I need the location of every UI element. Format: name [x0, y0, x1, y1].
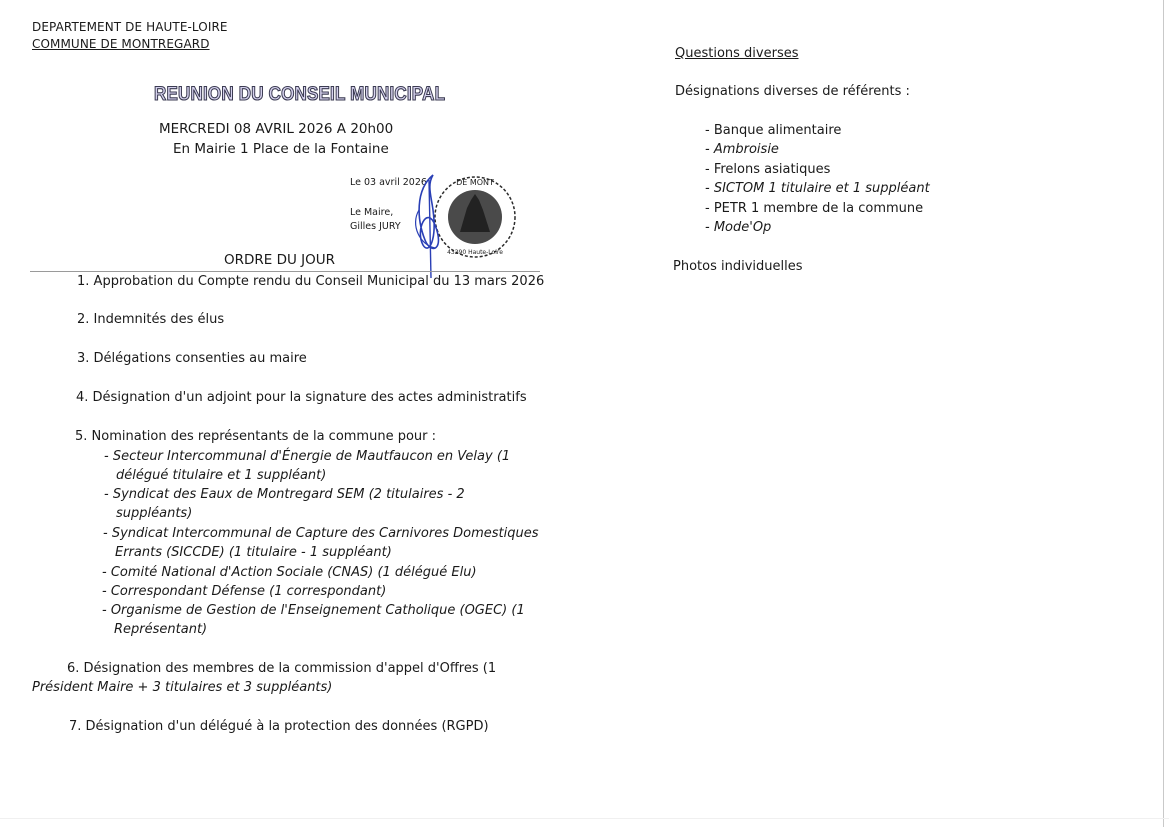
photos-label: Photos individuelles: [673, 259, 803, 274]
sub-item-1-line-1: - Secteur Intercommunal d'Énergie de Mau…: [104, 449, 510, 464]
agenda-heading: ORDRE DU JOUR: [224, 252, 335, 268]
agenda-item-5: 5. Nomination des représentants de la co…: [75, 429, 436, 444]
agenda-item-6-continuation: Président Maire + 3 titulaires et 3 supp…: [32, 680, 332, 695]
department-label: DEPARTEMENT DE HAUTE-LOIRE: [32, 20, 228, 34]
sub-item-3-line-2: Errants (SICCDE) (1 titulaire - 1 supplé…: [115, 545, 392, 560]
svg-text:DE MONT: DE MONT: [456, 178, 494, 187]
agenda-item-number: 3.: [77, 351, 89, 366]
agenda-item-number: 4.: [76, 390, 88, 405]
referent-item: - SICTOM 1 titulaire et 1 suppléant: [705, 181, 930, 196]
agenda-item-3: 3. Délégations consenties au maire: [77, 351, 307, 366]
sub-item-2-line-1: - Syndicat des Eaux de Montregard SEM (2…: [104, 487, 465, 502]
signature-name: Gilles JURY: [350, 221, 401, 232]
sub-item-2-line-2: suppléants): [116, 506, 192, 521]
agenda-item-1: 1. Approbation du Compte rendu du Consei…: [77, 274, 544, 289]
commune-label: COMMUNE DE MONTREGARD: [32, 37, 210, 51]
sub-item-6-line-1: - Organisme de Gestion de l'Enseignement…: [102, 603, 525, 618]
page-bottom-edge: [0, 818, 1169, 819]
agenda-item-4: 4. Désignation d'un adjoint pour la sign…: [76, 390, 527, 405]
agenda-item-number: 1.: [77, 274, 89, 289]
agenda-item-text: Désignation des membres de la commission…: [84, 661, 497, 676]
agenda-item-text: Désignation d'un délégué à la protection…: [86, 719, 489, 734]
sub-item-1-line-2: délégué titulaire et 1 suppléant): [116, 468, 326, 483]
agenda-item-7: 7. Désignation d'un délégué à la protect…: [69, 719, 489, 734]
referent-item: - Frelons asiatiques: [705, 162, 830, 177]
questions-heading: Questions diverses: [675, 46, 799, 61]
agenda-item-number: 7.: [69, 719, 81, 734]
agenda-divider: [30, 271, 540, 272]
agenda-item-text: Approbation du Compte rendu du Conseil M…: [94, 274, 545, 289]
agenda-item-number: 2.: [77, 312, 89, 327]
referent-item: - PETR 1 membre de la commune: [705, 201, 923, 216]
sub-item-5: - Correspondant Défense (1 correspondant…: [102, 584, 386, 599]
sub-item-6-line-2: Représentant): [114, 622, 207, 637]
sub-item-3-line-1: - Syndicat Intercommunal de Capture des …: [103, 526, 539, 541]
agenda-item-number: 6.: [67, 661, 79, 676]
mayor-stamp-and-signature-icon: DE MONT 43290 Haute-Loire: [405, 170, 520, 280]
referent-item: - Banque alimentaire: [705, 123, 841, 138]
sub-item-4: - Comité National d'Action Sociale (CNAS…: [102, 565, 477, 580]
agenda-item-6: 6. Désignation des membres de la commiss…: [67, 661, 496, 676]
agenda-item-text: Nomination des représentants de la commu…: [92, 429, 436, 444]
referent-item: - Ambroisie: [705, 142, 779, 157]
agenda-item-text: Désignation d'un adjoint pour la signatu…: [93, 390, 527, 405]
questions-intro: Désignations diverses de référents :: [675, 84, 910, 99]
signature-role: Le Maire,: [350, 207, 393, 218]
meeting-title: REUNION DU CONSEIL MUNICIPAL: [154, 83, 445, 105]
meeting-location: En Mairie 1 Place de la Fontaine: [173, 141, 389, 157]
svg-text:43290 Haute-Loire: 43290 Haute-Loire: [447, 249, 503, 256]
agenda-item-text: Indemnités des élus: [94, 312, 225, 327]
agenda-item-2: 2. Indemnités des élus: [77, 312, 224, 327]
agenda-item-text: Délégations consenties au maire: [94, 351, 307, 366]
meeting-datetime: MERCREDI 08 AVRIL 2026 A 20h00: [159, 121, 393, 137]
referent-item: - Mode'Op: [705, 220, 771, 235]
agenda-item-number: 5.: [75, 429, 87, 444]
page-edge: [1163, 0, 1164, 827]
